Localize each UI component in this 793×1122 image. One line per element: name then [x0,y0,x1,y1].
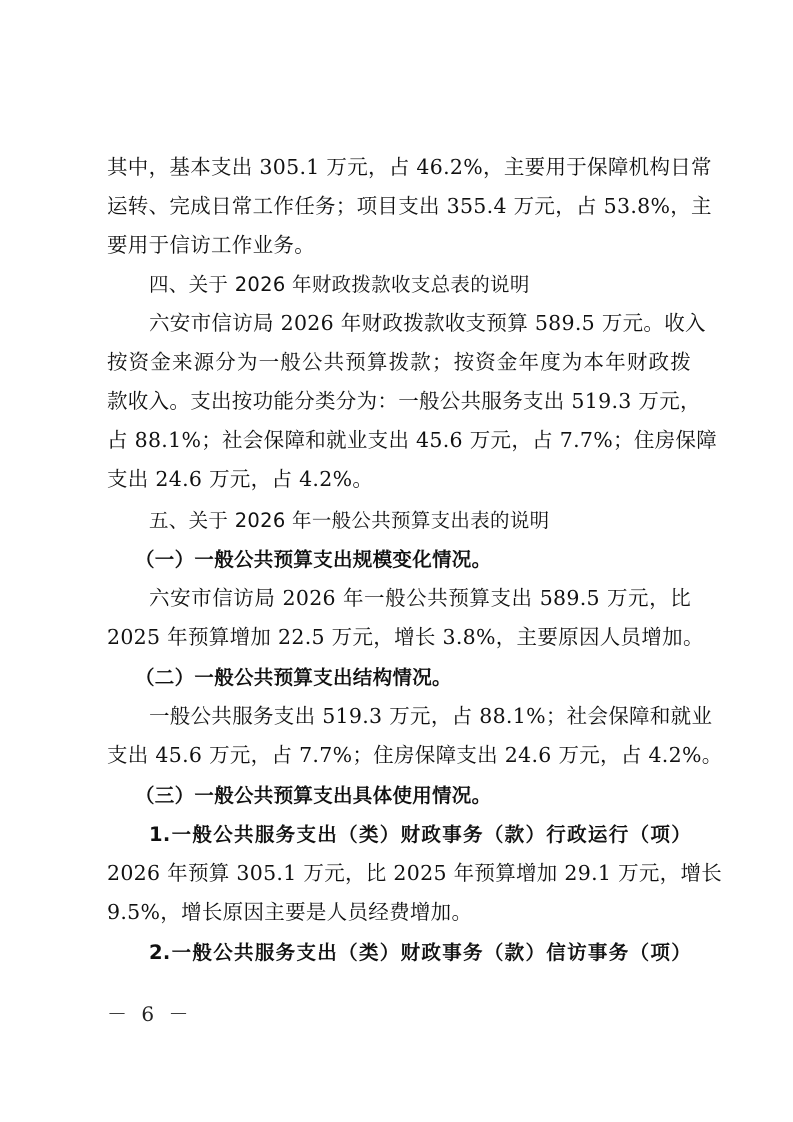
section-heading-5: 五、关于 2026 年一般公共预算支出表的说明 [149,501,549,540]
subsection-heading-3: （三）一般公共预算支出具体使用情况。 [135,776,491,815]
paragraph-line: 要用于信访工作业务。 [107,226,315,265]
subsection-heading-2: （二）一般公共预算支出结构情况。 [135,658,452,697]
document-page: 其中，基本支出 305.1 万元，占 46.2%，主要用于保障机构日常 运转、完… [0,0,793,1122]
paragraph-line: 一般公共服务支出 519.3 万元，占 88.1%；社会保障和就业 [149,697,691,736]
paragraph-line: 2026 年预算 305.1 万元，比 2025 年预算增加 29.1 万元，增… [107,854,691,893]
paragraph-line: 款收入。支出按功能分类分为：一般公共服务支出 519.3 万元， [107,382,691,421]
paragraph-line: 占 88.1%；社会保障和就业支出 45.6 万元，占 7.7%；住房保障 [107,421,691,460]
item-heading-1: 1.一般公共服务支出（类）财政事务（款）行政运行（项） [149,815,691,854]
page-number: － 6 － [107,998,192,1027]
section-heading-4: 四、关于 2026 年财政拨款收支总表的说明 [149,265,530,304]
subsection-heading-1: （一）一般公共预算支出规模变化情况。 [135,540,491,579]
paragraph-line: 9.5%，增长原因主要是人员经费增加。 [107,893,472,932]
paragraph-line: 六安市信访局 2026 年财政拨款收支预算 589.5 万元。收入 [149,304,691,343]
item-heading-2: 2.一般公共服务支出（类）财政事务（款）信访事务（项） [149,933,691,972]
paragraph-line: 其中，基本支出 305.1 万元，占 46.2%，主要用于保障机构日常 [107,148,691,187]
paragraph-line: 支出 24.6 万元，占 4.2%。 [107,460,373,499]
paragraph-line: 支出 45.6 万元，占 7.7%；住房保障支出 24.6 万元，占 4.2%。 [107,736,723,775]
paragraph-line: 六安市信访局 2026 年一般公共预算支出 589.5 万元，比 [149,579,691,618]
paragraph-line: 运转、完成日常工作任务；项目支出 355.4 万元，占 53.8%，主 [107,187,691,226]
paragraph-line: 按资金来源分为一般公共预算拨款；按资金年度为本年财政拨 [107,343,691,382]
paragraph-line: 2025 年预算增加 22.5 万元，增长 3.8%，主要原因人员增加。 [107,618,704,657]
